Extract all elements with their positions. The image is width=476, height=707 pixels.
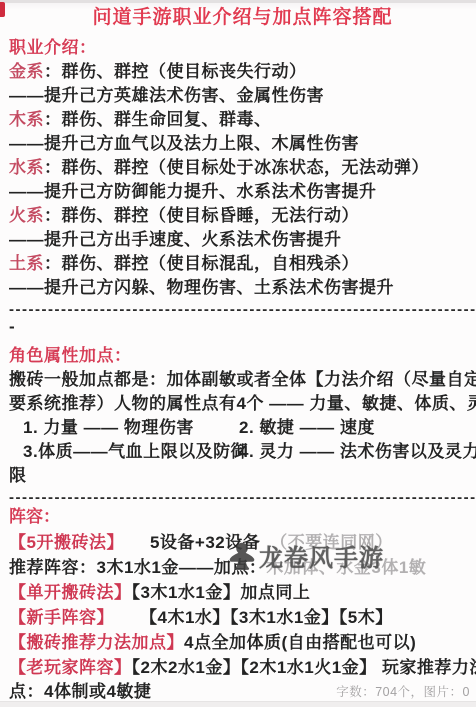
attr-strength: 1. 力量 —— 物理伤害: [9, 416, 239, 440]
lineup-row-single: 【单开搬砖法】【3木1水1金】加点同上: [9, 580, 476, 605]
attr-constitution: 3.体质——气血上限以及防御: [9, 440, 239, 464]
page-title: 问道手游职业介绍与加点阵容搭配: [9, 6, 476, 30]
lineup-row-brick: 【搬砖推荐力法加点】4点全加体质(自由搭配也可以): [9, 630, 476, 655]
attributes-intro-line2: 要系统推荐）人物的属性点有4个 —— 力量、敏捷、体质、灵力】: [9, 392, 476, 416]
section-heading-lineup: 阵容：: [9, 504, 476, 530]
watermark-text: 龙卷风手游: [259, 538, 384, 573]
note-page: 问道手游职业介绍与加点阵容搭配 职业介绍： 金系：群伤、群控（使目标丧失行动） …: [0, 0, 476, 707]
attribute-wrap-line: 限: [9, 464, 476, 488]
job-entry-gold: 金系：群伤、群控（使目标丧失行动）: [9, 60, 476, 84]
job-buff-water: ——提升己方防御能力提升、水系法术伤害提升: [9, 180, 476, 204]
lineup-section: 阵容： 【5开搬砖法】5设备+32设备（不要连同网） 推荐阵容：3木1水1金——…: [9, 504, 476, 680]
meeple-icon: [227, 541, 257, 571]
job-entry-earth: 土系：群伤、群控（使目标混乱，自相残杀）: [9, 252, 476, 276]
top-strip: [0, 0, 476, 3]
job-entry-fire: 火系：群伤、群控（使目标昏睡，无法行动）: [9, 204, 476, 228]
lineup-row-veteran: 【老玩家阵容】【2木2水1金】【2木1水1火1金】 玩家推荐力法加: [9, 655, 476, 680]
job-skills-gold: ：群伤、群控（使目标丧失行动）: [44, 62, 307, 81]
element-name-wood: 木系: [9, 110, 44, 129]
element-name-earth: 土系: [9, 254, 44, 273]
job-skills-fire: ：群伤、群控（使目标昏睡，无法行动）: [44, 206, 359, 225]
section-heading-jobs: 职业介绍：: [9, 36, 476, 60]
job-skills-earth: ：群伤、群控（使目标混乱，自相残杀）: [44, 254, 359, 273]
bottom-strip: [0, 701, 476, 707]
lineup-label-brick: 【搬砖推荐力法加点】: [9, 633, 184, 652]
lineup-label-newbie: 【新手阵容】: [9, 608, 114, 627]
element-name-fire: 火系: [9, 206, 44, 225]
lineup-label-single: 【单开搬砖法】: [9, 583, 132, 602]
attr-agility: 2. 敏捷 —— 速度: [239, 418, 375, 437]
lineup-text-brick: 4点全加体质(自由搭配也可以): [184, 633, 416, 652]
attr-spirit: 4. 灵力 —— 法术伤害以及灵力上: [239, 442, 476, 461]
job-buff-fire: ——提升己方出手速度、火系法术伤害提升: [9, 228, 476, 252]
section-heading-attributes: 角色属性加点：: [9, 344, 476, 368]
job-skills-wood: ：群伤、群生命回复、群毒、: [44, 110, 272, 129]
job-buff-gold: ——提升己方英雄法术伤害、金属性伤害: [9, 84, 476, 108]
attributes-section: 角色属性加点： 搬砖一般加点都是：加体副敏或者全体【力法介绍（尽量自定义点不 要…: [9, 344, 476, 488]
dashed-separator-2: ----------------------------------------…: [9, 492, 476, 504]
attribute-row-2: 3.体质——气血上限以及防御4. 灵力 —— 法术伤害以及灵力上: [9, 440, 476, 464]
element-name-water: 水系: [9, 158, 44, 177]
lineup-text-veteran: 【2木2水1金】【2木1水1火1金】 玩家推荐力法加: [132, 658, 476, 677]
lineup-row-newbie: 【新手阵容】【4木1水】【3木1水1金】【5木】: [9, 605, 476, 630]
separator-stub: -: [9, 316, 476, 338]
job-skills-water: ：群伤、群控（使目标处于冰冻状态，无法动弹）: [44, 158, 429, 177]
attributes-intro-line1: 搬砖一般加点都是：加体副敏或者全体【力法介绍（尽量自定义点不: [9, 368, 476, 392]
job-entry-wood: 木系：群伤、群生命回复、群毒、: [9, 108, 476, 132]
dashed-separator-1: ----------------------------------------…: [9, 304, 476, 316]
job-buff-earth: ——提升己方闪躲、物理伤害、土系法术伤害提升: [9, 276, 476, 300]
lineup-label-5open: 【5开搬砖法】: [9, 533, 124, 552]
lineup-label-veteran: 【老玩家阵容】: [9, 658, 132, 677]
job-intro-section: 职业介绍： 金系：群伤、群控（使目标丧失行动） ——提升己方英雄法术伤害、金属性…: [9, 36, 476, 300]
job-entry-water: 水系：群伤、群控（使目标处于冰冻状态，无法动弹）: [9, 156, 476, 180]
attribute-row-1: 1. 力量 —— 物理伤害2. 敏捷 —— 速度: [9, 416, 476, 440]
lineup-text-single: 【3木1水1金】加点同上: [132, 583, 311, 602]
watermark: 龙卷风手游: [227, 538, 384, 573]
lineup-text-newbie: 【4木1水】【3木1水1金】【5木】: [140, 608, 393, 627]
cropped-red-mark: [0, 2, 5, 17]
job-buff-wood: ——提升己方血气以及法力上限、木属性伤害: [9, 132, 476, 156]
element-name-gold: 金系: [9, 62, 44, 81]
